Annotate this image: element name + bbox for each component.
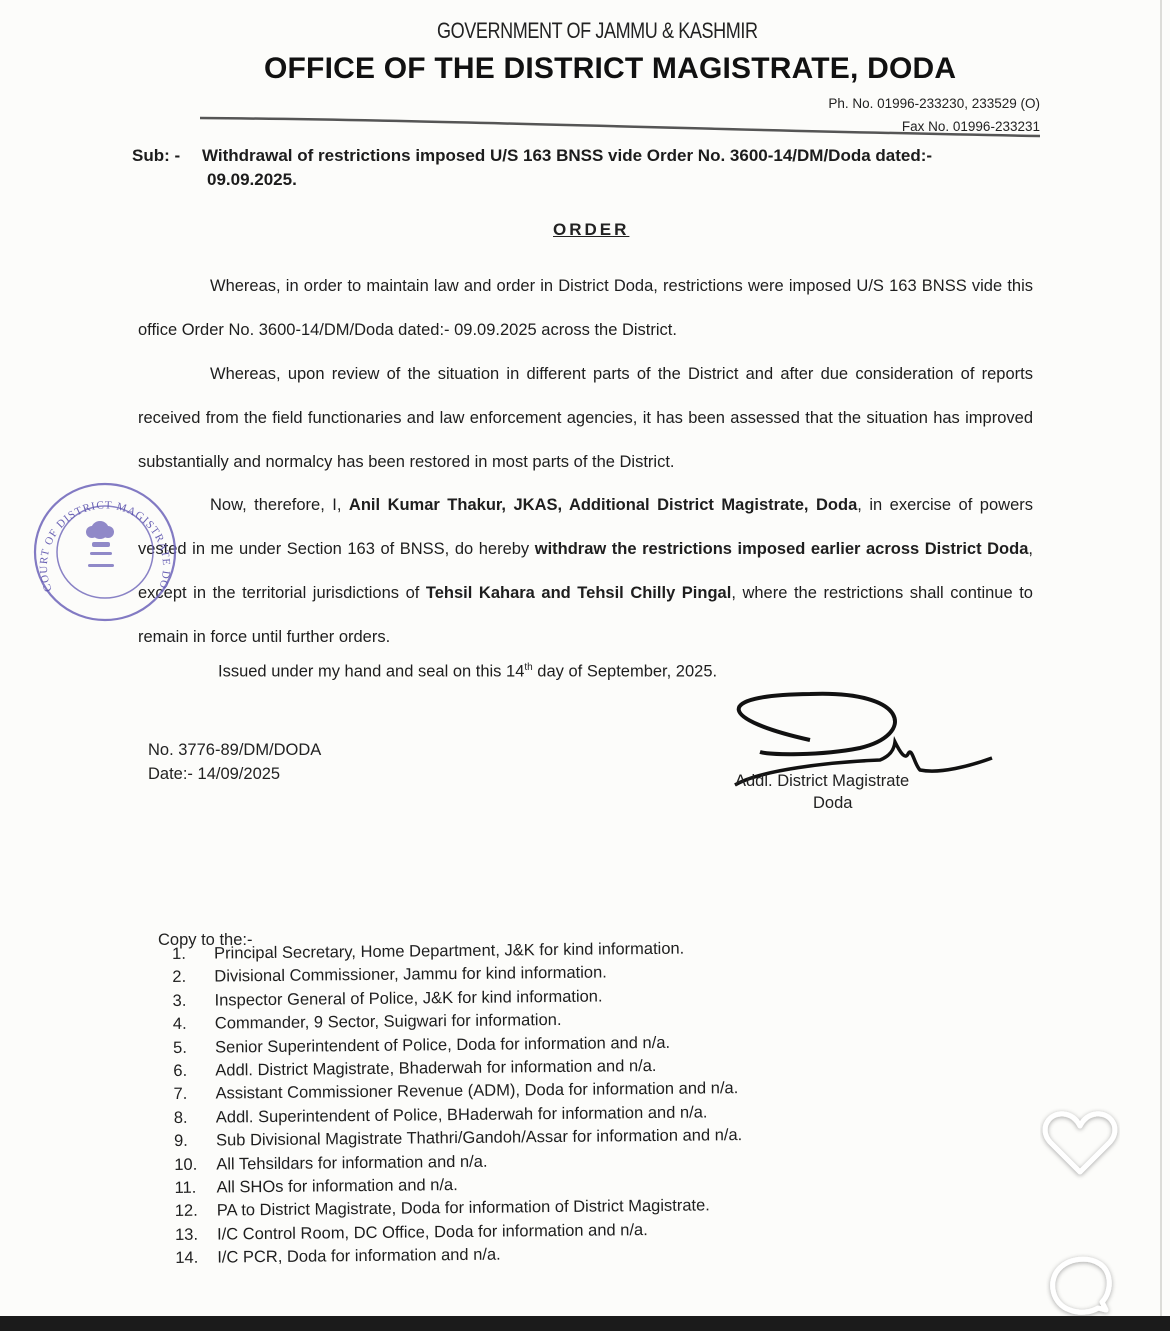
- signatory-title: Addl. District Magistrate: [735, 772, 909, 791]
- comment-icon: [1053, 1259, 1110, 1312]
- issue-line: Issued under my hand and seal on this 14…: [218, 662, 717, 682]
- copy-to-item: 14.I/C PCR, Doda for information and n/a…: [175, 1241, 743, 1270]
- order-title: ORDER: [553, 220, 629, 240]
- signatory-place: Doda: [813, 794, 852, 813]
- reference-number: No. 3776-89/DM/DODA: [148, 738, 321, 762]
- paragraph-2: Whereas, upon review of the situation in…: [138, 352, 1033, 484]
- reference-block: No. 3776-89/DM/DODA Date:- 14/09/2025: [148, 738, 321, 786]
- reference-date: Date:- 14/09/2025: [148, 762, 321, 786]
- paragraph-3: Now, therefore, I, Anil Kumar Thakur, JK…: [138, 483, 1033, 659]
- heart-icon: [1045, 1114, 1115, 1172]
- officer-name: Anil Kumar Thakur, JKAS, Additional Dist…: [349, 496, 857, 514]
- paragraph-1: Whereas, in order to maintain law and or…: [138, 264, 1033, 352]
- subject-label: Sub: -: [132, 144, 202, 168]
- official-seal-stamp: COURT OF DISTRICT MAGISTRATE DODA: [30, 480, 180, 625]
- copy-to-list: 1.Principal Secretary, Home Department, …: [172, 937, 744, 1271]
- subject: Sub: -Withdrawal of restrictions imposed…: [132, 144, 1042, 192]
- government-heading: GOVERNMENT OF JAMMU & KASHMIR: [105, 18, 1064, 44]
- screen-bottom-bar: [0, 1316, 1170, 1331]
- phone-number: Ph. No. 01996-233230, 233529 (O): [828, 96, 1040, 111]
- subject-line-1: Withdrawal of restrictions imposed U/S 1…: [202, 146, 932, 165]
- comment-button[interactable]: [1046, 1252, 1118, 1316]
- document-page: GOVERNMENT OF JAMMU & KASHMIR OFFICE OF …: [0, 0, 1170, 1316]
- fax-number: Fax No. 01996-233231: [902, 119, 1040, 134]
- exempt-tehsils: Tehsil Kahara and Tehsil Chilly Pingal: [426, 584, 731, 602]
- like-button[interactable]: [1040, 1108, 1120, 1180]
- page-edge: [1160, 0, 1162, 1316]
- office-heading: OFFICE OF THE DISTRICT MAGISTRATE, DODA: [264, 52, 956, 86]
- subject-line-2: 09.09.2025.: [132, 168, 1042, 192]
